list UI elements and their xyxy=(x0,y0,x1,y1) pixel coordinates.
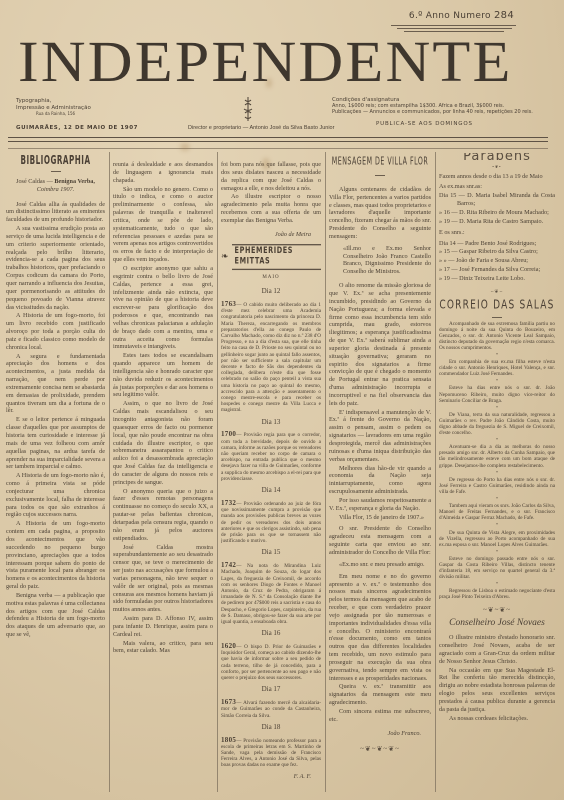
subscription-conditions: Condições d'assignatura Anno, 1$000 reis… xyxy=(332,97,533,115)
date-lead: » 15 — xyxy=(439,248,458,255)
news-item: De Viana, terra da sua naturalidade, reg… xyxy=(439,412,555,436)
ornament-icon: ~❦~❦~❦~ xyxy=(329,746,431,754)
divider xyxy=(51,171,61,172)
day-label: Dia 18 xyxy=(221,724,321,732)
column-divider xyxy=(109,152,110,792)
list-item: » 15 — Gaspar Ribeiro da Silva Castro; xyxy=(439,248,555,256)
divider xyxy=(375,175,385,176)
divider xyxy=(391,25,516,26)
ephemeris-entry: 1700— Provisão regia para que o corredor… xyxy=(221,431,321,482)
paragraph: foi bom para nós que fallasse, pois que … xyxy=(221,161,321,192)
separator-star: * xyxy=(439,522,555,528)
entry-text: — O cabido muito deliberado ao dia 1 d'e… xyxy=(221,302,321,413)
section-heading: BIBLIOGRAPHIA xyxy=(6,155,105,167)
paragraph: São um modelo no genero. Como o titulo o… xyxy=(113,186,213,264)
ornament-icon: •❦• xyxy=(439,163,555,171)
paragraph: José Caldas allia ás qualidades de um di… xyxy=(6,201,105,225)
paragraph: O anonymo queria que o juizo a fazer d'e… xyxy=(113,488,213,543)
list-item: Dia 15 — D. Maria Isabel Miranda da Cost… xyxy=(439,192,555,208)
ephemeris-entry: 1673— Alvará fazendo mercê da alcaidaria… xyxy=(221,699,321,719)
entry-text: — Provisão nomeando professor para a esc… xyxy=(221,738,321,769)
paragraph: reunia á deslealdade e aos desmandos de … xyxy=(113,161,213,185)
separator-star: * xyxy=(439,470,555,476)
ephemeris-entry: 1620— O bispo D. Prior de Guimarães e In… xyxy=(221,643,321,681)
column-bibliographia: BIBLIOGRAPHIA José Caldas — Benigna Verb… xyxy=(6,153,105,793)
paragraph: Benigna verba — a publicação que motiva … xyxy=(6,592,105,639)
person-name: Padre Bento José Rodrigues; xyxy=(465,240,536,247)
column-divider xyxy=(435,152,436,792)
year: 1742 xyxy=(221,561,236,569)
day-label: Dia 17 xyxy=(221,686,321,694)
year: 1805 xyxy=(221,736,236,744)
news-list: Acompanhado de sua extremosa familia par… xyxy=(439,321,555,601)
column-ephemerides: foi bom para nós que fallasse, pois que … xyxy=(221,161,321,800)
address: Rua da Rainha, 156 xyxy=(36,111,91,118)
entry-text: — Alvará fazendo mercê da alcaidaria-mor… xyxy=(221,700,321,718)
paragraph: Queira v. ex.ª transmittir aos signatari… xyxy=(329,683,431,707)
paragraph: Estes taes todos se escandalisam quando … xyxy=(113,352,213,399)
author: José Caldas xyxy=(16,178,45,185)
person-name: D. Maria Rita de Castro Sampaio. xyxy=(459,218,543,225)
paragraph: A Historia de um fogo-morto não é, como … xyxy=(6,472,105,519)
list-item: » 19 — D. Maria Rita de Castro Sampaio. xyxy=(439,218,555,226)
paragraph: Villa Flor, 15 de janeiro de 1907.» xyxy=(329,514,431,522)
book-title: Benigna Verba, xyxy=(54,178,95,185)
section-heading: EPHEMERIDES EMITTAS xyxy=(232,244,321,270)
paragraph: Assim para D. Affonso IV, assim para inf… xyxy=(113,615,213,639)
paragraph: Alguns centenares de cidadãos de Villa F… xyxy=(329,186,431,241)
section-heading: Parabens xyxy=(439,153,555,161)
news-item: Regressou de Lisboa o estimado negociant… xyxy=(439,588,555,600)
list-item: » 17 — José Fernandes da Silva Correia; xyxy=(439,266,555,274)
news-item: Acentuam-se dia a dia as melhoras do nos… xyxy=(439,444,555,468)
divider xyxy=(8,148,548,149)
address-block: «Ill.mo e Ex.mo Senhor Conselheiro João … xyxy=(329,245,431,276)
publication-place: Coimbra 1907. xyxy=(6,186,105,194)
day-label: Dia 14 xyxy=(221,487,321,495)
paragraph: Em meu nome e no do governo apresento a … xyxy=(329,573,431,683)
day-label: Dia 15 xyxy=(221,549,321,557)
number-value: 284 xyxy=(494,10,514,21)
paragraph: Ao illustre escriptor o nosso agradecime… xyxy=(221,193,321,224)
ephemerides-heading: ❧ EPHEMERIDES EMITTAS xyxy=(221,247,321,267)
year: 1620 xyxy=(221,642,236,650)
separator-star: * xyxy=(439,405,555,411)
ornament-icon: ❧ xyxy=(221,253,229,261)
list-item: Dia 14 — Padre Bento José Rodrigues; xyxy=(439,240,555,248)
list-item: » 16 — D. Rita Ribeiro de Moura Machado; xyxy=(439,209,555,217)
paragraph: Com sincera estima me subscrevo, etc. xyxy=(329,708,431,724)
newspaper-page: 6.º Anno Numero 284 INDEPENDENTE Typogra… xyxy=(0,0,564,800)
ephemeris-entry: 1805— Provisão nomeando professor para a… xyxy=(221,737,321,769)
emblem-icon xyxy=(242,96,254,122)
issue-number: 6.º Anno Numero 284 xyxy=(409,10,514,21)
person-name: D. Rita Ribeiro de Moura Machado; xyxy=(459,209,549,216)
paragraph: A segura e fundamentada apreciação dos h… xyxy=(6,353,105,416)
news-item: Acompanhado de sua extremosa familia par… xyxy=(439,321,555,351)
paragraph: Mais valera, ao critico, para seu bem, e… xyxy=(113,640,213,656)
paper-stain xyxy=(266,78,272,88)
year: 1700 xyxy=(221,430,236,438)
director-line: Director e proprietario — Antonio José d… xyxy=(188,125,334,131)
column-divider xyxy=(217,152,218,792)
news-item: Esteve no domingo passado entre nós o sn… xyxy=(439,556,555,580)
divider xyxy=(8,141,548,142)
news-item: De regresso do Porto ha dias entre nós o… xyxy=(439,477,555,495)
date-lead: » 19 — xyxy=(439,275,458,282)
list-label: E os snrs.: xyxy=(439,229,555,237)
paragraph: José Caldas mostra superabundantemente a… xyxy=(113,544,213,615)
paragraph: O alto renome da missão gloriosa de que … xyxy=(329,282,431,408)
separator-star: * xyxy=(439,549,555,555)
date-lead: » » — xyxy=(439,257,454,264)
year: 1732 xyxy=(221,499,236,507)
news-item: Esteve ha dias entre nós o snr. dr. João… xyxy=(439,385,555,403)
column-social: Parabens •❦• Fazem annos desde o dia 13 … xyxy=(439,153,555,793)
ephemeris-entry: 1763— O cabido muito deliberado ao dia 1… xyxy=(221,301,321,414)
paragraph: Por isso saudamos respeitosamente a V. E… xyxy=(329,497,431,513)
ornament-icon: ~❦~ xyxy=(439,289,555,297)
news-item: Em companhia de sua ex.ma filha esteve n… xyxy=(439,359,555,377)
paragraph: O snr. Presidente do Conselho agradeceu … xyxy=(329,525,431,556)
column-divider xyxy=(325,152,326,792)
issue-date: GUIMARÃES, 12 DE MAIO DE 1907 xyxy=(16,125,138,131)
date-lead: Dia 15 — xyxy=(439,192,465,199)
list-label: As ex.mas snr.as: xyxy=(439,183,555,191)
paragraph: A sua vastissima erudição posta ao servi… xyxy=(6,225,105,311)
paragraph: A Historia de um fogo-morto contem em ca… xyxy=(6,520,105,591)
news-item: De sua Quinta de Vista Alegre, em proxim… xyxy=(439,530,555,548)
ephemeris-entry: 1732— Provisão ordenando ao juiz de fóra… xyxy=(221,500,321,544)
section-heading: CORREIO DAS SALAS xyxy=(439,301,555,312)
paragraph: As nossas cordeaes felicitações. xyxy=(439,715,555,723)
entry-text: — O bispo D. Prior de Guimarães e Inquis… xyxy=(221,644,321,681)
section-heading: MENSAGEM DE VILLA FLOR xyxy=(329,157,431,169)
separator-star: * xyxy=(439,378,555,384)
section-heading: Conselheiro José Novaes xyxy=(439,620,555,628)
news-item: Tambem aqui vieram os snrs. João Carlos … xyxy=(439,503,555,521)
paragraph: «Ex.mo snr. e meu presado amigo. xyxy=(329,561,431,569)
person-name: João de Faria e Sousa Abreu; xyxy=(456,257,528,264)
paragraph: Assim, o que no livro de José Caldas mai… xyxy=(113,400,213,486)
entry-text: — Provisão regia para que o corredor, co… xyxy=(221,432,321,481)
paragraph: E se o leitor pertence á minguada classe… xyxy=(6,416,105,471)
paragraph: Melhores dias hão-de vir quando a econom… xyxy=(329,465,431,496)
year: 1763 xyxy=(221,300,236,308)
printing-info: Typographia, Impressão e Administração R… xyxy=(16,98,91,118)
signature: João Franco. xyxy=(329,730,421,738)
entry-text: — Provisão ordenando ao juiz de fóra que… xyxy=(221,501,321,544)
list-item: » 19 — Diniz Teixeira Leite Lobo. xyxy=(439,275,555,283)
separator-star: * xyxy=(439,581,555,587)
date-lead: » 16 — xyxy=(439,209,458,216)
paragraph: A Historia de um fogo-morto, foi um livr… xyxy=(6,312,105,351)
signature: João de Meira xyxy=(221,231,311,239)
byline: José Caldas — Benigna Verba, Coimbra 190… xyxy=(6,178,105,194)
date-lead: » 17 — xyxy=(439,266,458,273)
paragraph: Fazem annos desde o dia 13 a 19 de Maio xyxy=(439,173,555,181)
publication-schedule: PUBLICA-SE AOS DOMINGOS xyxy=(376,121,473,127)
ornament-icon: ~❦~❦~ xyxy=(439,607,555,615)
issue-year: 6.º Anno xyxy=(409,11,450,21)
separator-star: * xyxy=(439,437,555,443)
paragraph: E' indispensavel a manutenção de V. Ex.ª… xyxy=(329,409,431,464)
paper-stain xyxy=(262,158,270,170)
number-label: Numero xyxy=(453,11,491,21)
day-label: Dia 13 xyxy=(221,419,321,427)
column-mensagem: MENSAGEM DE VILLA FLOR Alguns centenares… xyxy=(329,153,431,793)
ephemeris-entry: 1742— Na nota do Mirandina Luiz Machado,… xyxy=(221,562,321,625)
person-name: José Fernandes da Silva Correia; xyxy=(459,266,540,273)
signature: F. A. F. xyxy=(221,773,311,781)
month-label: MAIO xyxy=(221,274,321,282)
conditions-publications: Publicações — Annuncios e communicados, … xyxy=(332,109,533,115)
paper-stain xyxy=(180,143,190,151)
day-label: Dia 16 xyxy=(221,630,321,638)
day-label: Dia 12 xyxy=(221,288,321,296)
person-name: Diniz Teixeira Leite Lobo. xyxy=(459,275,525,282)
date-lead: » 19 — xyxy=(439,218,458,225)
column-bibliographia-cont: reunia á deslealdade e aos desmandos de … xyxy=(113,161,213,800)
entry-text: — Na nota do Mirandina Luiz Machado, Joa… xyxy=(221,563,321,625)
paragraph: Na occasião em que Sua Magestade El-Rei … xyxy=(439,667,555,714)
list-item: » » — João de Faria e Sousa Abreu; xyxy=(439,257,555,265)
paragraph: O escriptor anonymo que sahiu a esgrimir… xyxy=(113,265,213,351)
date-lead: Dia 14 — xyxy=(439,240,463,247)
year: 1673 xyxy=(221,698,236,706)
separator-star: * xyxy=(439,352,555,358)
person-name: Gaspar Ribeiro da Silva Castro; xyxy=(459,248,538,255)
separator-star: * xyxy=(439,496,555,502)
divider xyxy=(8,137,548,138)
person-name: D. Maria Isabel Miranda da Costa Barros; xyxy=(457,192,555,207)
divider xyxy=(492,317,502,318)
paragraph: O illustre ministro d'estado honorario s… xyxy=(439,634,555,665)
